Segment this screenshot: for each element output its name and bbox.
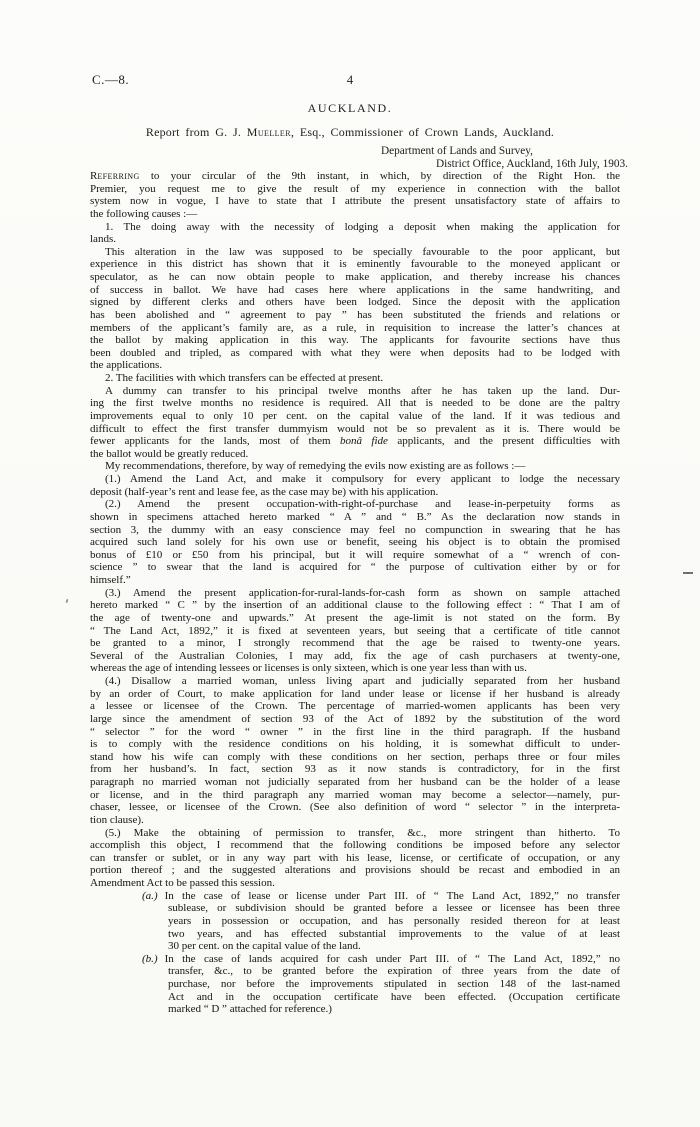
text-line: portion thereof ; and the suggested alte… xyxy=(90,864,620,877)
text-line: (5.) Make the obtaining of permission to… xyxy=(90,827,620,840)
text-line: Act and in the occupation certificate ha… xyxy=(168,991,620,1004)
paragraph: 2. The facilities with which transfers c… xyxy=(90,372,620,385)
text-line: by an order of Court, to make applicatio… xyxy=(90,688,620,701)
report-heading-prefix: Report from G. J. xyxy=(146,125,247,139)
paragraph: (2.) Amend the present occupation-with-r… xyxy=(90,498,620,586)
text-line: shown in specimens attached hereto marke… xyxy=(90,511,620,524)
text-line: can transfer or sublet, or in any way pa… xyxy=(90,852,620,865)
paragraph: (4.) Disallow a married woman, unless li… xyxy=(90,675,620,827)
text-line: years in possession or occupation, and h… xyxy=(168,915,620,928)
text-line: improvements equal to only 10 per cent. … xyxy=(90,410,620,423)
report-heading: Report from G. J. Mueller, Esq., Commiss… xyxy=(0,125,700,140)
text-line: a lessee or licensee of the Crown. The p… xyxy=(90,700,620,713)
paragraph: A dummy can transfer to his principal tw… xyxy=(90,385,620,461)
text-line: marked “ D ” attached for reference.) xyxy=(168,1003,620,1016)
text-line: paragraph no married woman not judiciall… xyxy=(90,776,620,789)
text-line: (a.)In the case of lease or license unde… xyxy=(142,890,620,903)
paragraph: (3.) Amend the present application-for-r… xyxy=(90,587,620,675)
text-line: Amendment Act to be passed this session. xyxy=(90,877,620,890)
paragraph: My recommendations, therefore, by way of… xyxy=(90,460,620,473)
text-line: deposit (half-year’s rent and lease fee,… xyxy=(90,486,620,499)
text-line: tion clause). xyxy=(90,814,620,827)
text-line: fewer applicants for the lands, most of … xyxy=(90,435,620,448)
text-line: the ballot would be greatly reduced. xyxy=(90,448,620,461)
text-line: (b.)In the case of lands acquired for ca… xyxy=(142,953,620,966)
list-item-label: (a.) xyxy=(142,890,158,902)
commissioner-name: Mueller xyxy=(247,125,291,139)
list-item-label: (b.) xyxy=(142,953,158,965)
text-line: two years, and has effected substantial … xyxy=(168,928,620,941)
text-line: from her husband’s. In fact, section 93 … xyxy=(90,763,620,776)
text-line: speculator, as he can now obtain people … xyxy=(90,271,620,284)
text-line: experience in this district has shown th… xyxy=(90,258,620,271)
text-line: be granted to a minor, I strongly recomm… xyxy=(90,637,620,650)
text-line: Referring to your circular of the 9th in… xyxy=(90,170,620,183)
page-title: AUCKLAND. xyxy=(0,101,700,116)
report-heading-suffix: , Esq., Commissioner of Crown Lands, Auc… xyxy=(291,125,554,139)
text-line: system now in vogue, I have to state tha… xyxy=(90,195,620,208)
paragraph: (a.)In the case of lease or license unde… xyxy=(90,890,620,953)
text-line: the age of twenty-one and upwards.” At p… xyxy=(90,612,620,625)
text-line: himself.” xyxy=(90,574,620,587)
text-line: 2. The facilities with which transfers c… xyxy=(90,372,620,385)
paragraph: This alteration in the law was supposed … xyxy=(90,246,620,372)
paragraph: (b.)In the case of lands acquired for ca… xyxy=(90,953,620,1016)
text-line: lands. xyxy=(90,233,620,246)
department-line: Department of Lands and Survey, xyxy=(381,145,533,157)
text-line: transfer, &c., to be granted before the … xyxy=(168,965,620,978)
scanned-document-page: C.—8. 4 AUCKLAND. Report from G. J. Muel… xyxy=(0,0,700,1127)
paragraph: 1. The doing away with the necessity of … xyxy=(90,221,620,246)
text-line: the following causes :— xyxy=(90,208,620,221)
text-line: acquired such land solely for his own us… xyxy=(90,536,620,549)
text-line: or license, and in the third paragraph a… xyxy=(90,789,620,802)
text-line: Premier, you request me to give the resu… xyxy=(90,183,620,196)
text-line: the applications. xyxy=(90,359,620,372)
text-line: This alteration in the law was supposed … xyxy=(90,246,620,259)
text-line: hereto marked “ C ” by the insertion of … xyxy=(90,599,620,612)
text-line: the ballot by making application in this… xyxy=(90,334,620,347)
text-line: ing the first twelve months no residence… xyxy=(90,397,620,410)
text-line: bonus of £10 or £50 from his principal, … xyxy=(90,549,620,562)
text-line: large since the amendment of section 93 … xyxy=(90,713,620,726)
text-line: difficult to effect the first transfer d… xyxy=(90,423,620,436)
text-line: sublease, or subdivision should be grant… xyxy=(168,902,620,915)
text-line: chaser, lessee, or licensee of the Crown… xyxy=(90,801,620,814)
paragraph: (1.) Amend the Land Act, and make it com… xyxy=(90,473,620,498)
text-line: A dummy can transfer to his principal tw… xyxy=(90,385,620,398)
document-body: Referring to your circular of the 9th in… xyxy=(90,170,620,1016)
text-line: stand how his wife can comply with these… xyxy=(90,751,620,764)
text-line: science ” to swear that the land is acqu… xyxy=(90,561,620,574)
text-line: has been abolished and “ agreement to pa… xyxy=(90,309,620,322)
text-line: members of the applicant’s family are, a… xyxy=(90,322,620,335)
text-line: accomplish this object, I recommend that… xyxy=(90,839,620,852)
text-line: “ selector ” for the word “ owner ” in t… xyxy=(90,726,620,739)
text-line: section 3, the dummy with an easy consci… xyxy=(90,524,620,537)
text-line: Several of the Australian Colonies, I ma… xyxy=(90,650,620,663)
text-line: been doubled and tripled, as compared wi… xyxy=(90,347,620,360)
text-line: (2.) Amend the present occupation-with-r… xyxy=(90,498,620,511)
paragraph: (5.) Make the obtaining of permission to… xyxy=(90,827,620,890)
paragraph: Referring to your circular of the 9th in… xyxy=(90,170,620,221)
margin-dash-mark xyxy=(683,572,693,574)
margin-speck-mark xyxy=(66,599,69,603)
office-date-line: District Office, Auckland, 16th July, 19… xyxy=(436,158,628,170)
text-line: whereas the age of intending lessees or … xyxy=(90,662,620,675)
page-number: 4 xyxy=(0,73,700,88)
text-line: “ The Land Act, 1892,” it is fixed at se… xyxy=(90,625,620,638)
text-line: signed by different clerks and others ha… xyxy=(90,296,620,309)
text-line: 1. The doing away with the necessity of … xyxy=(90,221,620,234)
text-line: (3.) Amend the present application-for-r… xyxy=(90,587,620,600)
text-line: 30 per cent. on the capital value of the… xyxy=(168,940,620,953)
text-line: (4.) Disallow a married woman, unless li… xyxy=(90,675,620,688)
text-line: of success in ballot. We have had cases … xyxy=(90,284,620,297)
text-line: is to comply with the residence conditio… xyxy=(90,738,620,751)
page-header: C.—8. 4 xyxy=(0,72,700,88)
text-line: My recommendations, therefore, by way of… xyxy=(90,460,620,473)
text-line: purchase, nor before the improvements st… xyxy=(168,978,620,991)
text-line: (1.) Amend the Land Act, and make it com… xyxy=(90,473,620,486)
